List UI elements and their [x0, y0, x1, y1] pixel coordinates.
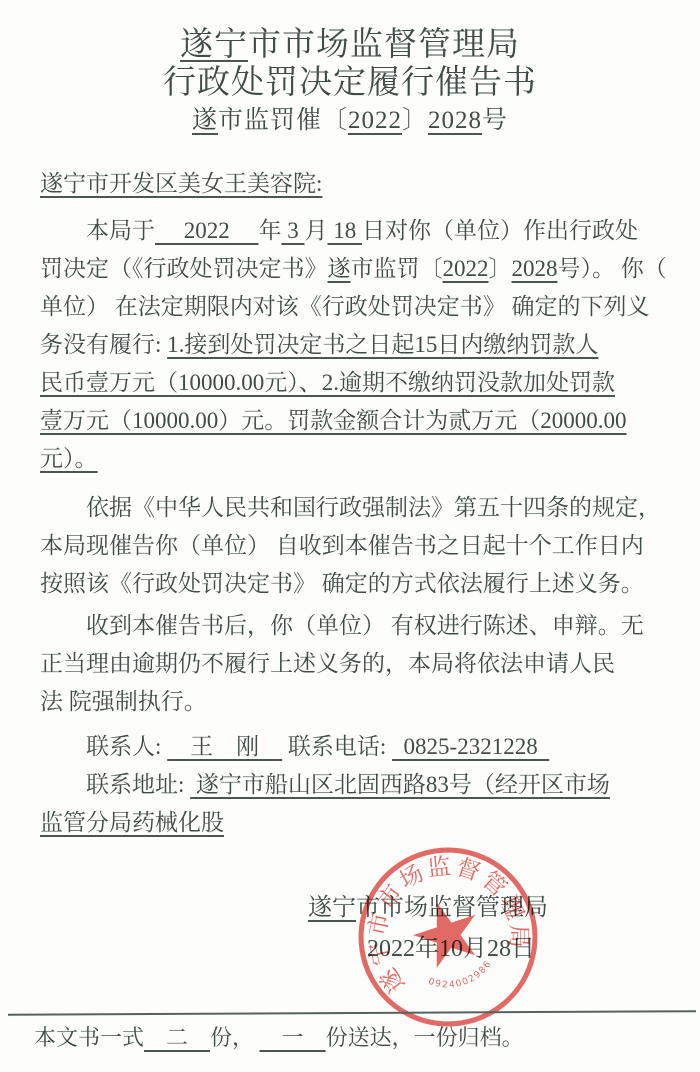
text-segment: 罚决定（《行政处罚决定书》: [40, 256, 328, 281]
text-line: 务没有履行: 1.接到处罚决定书之日起15日内缴纳罚款人: [40, 326, 660, 364]
text-line: 联系地址: 遂宁市船山区北固西路83号（经开区市场: [40, 766, 680, 804]
filled-blank: 1.接到处罚决定书之日起15日内缴纳罚款人: [167, 332, 598, 357]
text-line: 遂宁市市场监督管理局: [308, 893, 548, 923]
contact-info: 联系人: 王 刚 联系电话: 0825-2321228 联系地址: 遂宁市船山区…: [40, 728, 680, 842]
signature-organization: 遂宁市市场监督管理局: [308, 893, 548, 923]
document-number: 遂市监罚催〔2022〕2028号: [0, 104, 700, 137]
text-segment: 法 院强制执行。: [40, 689, 207, 714]
filled-blank: 监管分局药械化股: [40, 810, 224, 835]
text-segment: 市市场监督管理局: [356, 895, 548, 921]
text-segment: 联系电话:: [282, 734, 392, 759]
addressee: 遂宁市开发区美女王美容院:: [40, 165, 660, 203]
text-segment: 务没有履行:: [40, 332, 167, 357]
footer-note: 本文书一式 二 份， 一 份送达，一份归档。: [34, 1021, 674, 1055]
filled-blank: 0825-2321228: [392, 734, 549, 759]
text-segment: 号）。 你（: [558, 256, 667, 281]
text-line: 联系人: 王 刚 联系电话: 0825-2321228: [40, 728, 680, 766]
filled-blank: 民币壹万元（10000.00元）、2.逾期不缴纳罚没款加处罚款: [40, 370, 615, 395]
text-line: 正当理由逾期仍不履行上述义务的，本局将依法申请人民: [40, 645, 660, 683]
document-title: 遂宁市市场监督管理局行政处罚决定履行催告书: [0, 26, 700, 102]
text-segment: 份送达，一份归档。: [326, 1025, 524, 1050]
text-segment: 行政处罚决定履行催告书: [163, 65, 537, 101]
text-segment: 单位） 在法定期限内对该《行政处罚决定书》 确定的下列义: [40, 294, 650, 319]
filled-blank: 2022: [443, 256, 489, 281]
filled-blank: 元）。: [40, 446, 98, 471]
paragraph-rights-notice: 收到本催告书后，你（单位） 有权进行陈述、申辩。无正当理由逾期仍不履行上述义务的…: [40, 607, 660, 721]
text-segment: 联系人:: [40, 734, 167, 759]
text-segment: 本文书一式: [34, 1025, 144, 1050]
text-line: 本文书一式 二 份， 一 份送达，一份归档。: [34, 1021, 674, 1055]
text-line: 遂宁市开发区美女王美容院:: [40, 165, 660, 203]
text-line: 元）。: [40, 440, 660, 478]
filled-blank: 二: [144, 1025, 210, 1050]
text-line: 2022年10月28日: [367, 934, 535, 964]
filled-blank: 遂: [192, 107, 218, 134]
text-segment: 依据《中华人民共和国行政强制法》第五十四条的规定，: [40, 495, 661, 520]
text-line: 法 院强制执行。: [40, 683, 660, 721]
filled-blank: 遂: [328, 256, 351, 281]
text-segment: 本局于: [40, 218, 155, 243]
text-segment: 正当理由逾期仍不履行上述义务的，本局将依法申请人民: [40, 651, 615, 676]
text-segment: 月: [305, 218, 328, 243]
seal-code-text: 51092400298600: [333, 833, 498, 1017]
filled-blank: 2028: [428, 107, 482, 134]
footer-divider: [8, 1010, 696, 1016]
signature-date: 2022年10月28日: [367, 934, 535, 964]
text-segment: 市市场监督管理局: [248, 27, 520, 63]
filled-blank: 2022: [348, 107, 402, 134]
text-segment: 日对你（单位）作出行政处: [362, 218, 638, 243]
filled-blank: 王 刚: [167, 734, 282, 759]
text-line: 遂宁市市场监督管理局: [0, 26, 700, 64]
paragraph-legal-basis: 依据《中华人民共和国行政强制法》第五十四条的规定，本局现催告你（单位） 自收到本…: [40, 489, 660, 603]
text-line: 依据《中华人民共和国行政强制法》第五十四条的规定，: [40, 489, 660, 527]
filled-blank: 壹万元（10000.00）元。罚款金额合计为贰万元（20000.00: [40, 408, 627, 433]
text-line: 罚决定（《行政处罚决定书》遂市监罚〔2022〕2028号）。 你（: [40, 250, 660, 288]
filled-blank: 遂宁: [180, 27, 248, 63]
text-segment: 年: [259, 218, 282, 243]
filled-blank: 3: [282, 218, 305, 243]
text-line: 监管分局药械化股: [40, 804, 680, 842]
text-segment: 市监罚〔: [351, 256, 443, 281]
filled-blank: 一: [260, 1025, 326, 1050]
text-line: 壹万元（10000.00）元。罚款金额合计为贰万元（20000.00: [40, 402, 660, 440]
filled-blank: 2028: [512, 256, 558, 281]
text-line: 遂市监罚催〔2022〕2028号: [0, 104, 700, 137]
text-segment: 号: [482, 107, 508, 134]
text-line: 收到本催告书后，你（单位） 有权进行陈述、申辩。无: [40, 607, 660, 645]
filled-blank: 遂宁: [308, 895, 356, 921]
document-header: 遂宁市市场监督管理局行政处罚决定履行催告书 遂市监罚催〔2022〕2028号: [0, 26, 700, 137]
text-line: 按照该《行政处罚决定书》 确定的方式依法履行上述义务。: [40, 565, 660, 603]
text-line: 行政处罚决定履行催告书: [0, 64, 700, 102]
text-segment: 按照该《行政处罚决定书》 确定的方式依法履行上述义务。: [40, 571, 644, 596]
text-segment: 联系地址:: [40, 772, 190, 797]
filled-blank: 遂宁市船山区北固西路83号（经开区市场: [190, 772, 610, 797]
filled-blank: 遂宁市开发区美女王美容院:: [40, 171, 322, 196]
text-line: 本局现催告你（单位） 自收到本催告书之日起十个工作日内: [40, 527, 660, 565]
text-segment: 本局现催告你（单位） 自收到本催告书之日起十个工作日内: [40, 533, 644, 558]
paragraph-penalty-decision: 本局于 2022 年 3 月 18 日对你（单位）作出行政处罚决定（《行政处罚决…: [40, 212, 660, 478]
text-segment: 市监罚催〔: [218, 107, 348, 134]
text-line: 单位） 在法定期限内对该《行政处罚决定书》 确定的下列义: [40, 288, 660, 326]
text-line: 本局于 2022 年 3 月 18 日对你（单位）作出行政处: [40, 212, 660, 250]
filled-blank: 18: [328, 218, 363, 243]
filled-blank: 2022: [155, 218, 259, 243]
document-page: 遂宁市市场监督管理局行政处罚决定履行催告书 遂市监罚催〔2022〕2028号 遂…: [0, 0, 700, 1072]
text-line: 民币壹万元（10000.00元）、2.逾期不缴纳罚没款加处罚款: [40, 364, 660, 402]
text-segment: 〕: [489, 256, 512, 281]
text-segment: 〕: [402, 107, 428, 134]
text-segment: 2022年10月28日: [367, 936, 535, 962]
text-segment: 份，: [210, 1025, 260, 1050]
text-segment: 收到本催告书后，你（单位） 有权进行陈述、申辩。无: [40, 613, 644, 638]
